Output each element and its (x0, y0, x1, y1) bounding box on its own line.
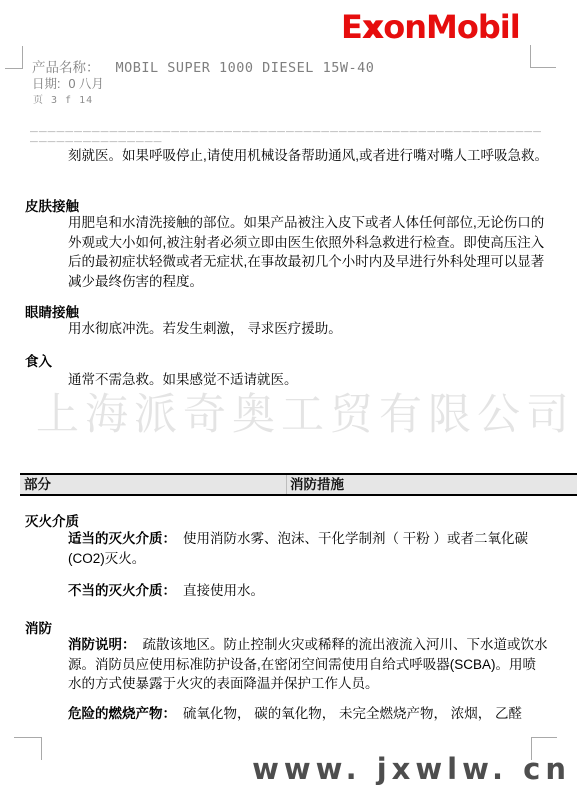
unsuitable-media-paragraph: 不当的灭火介质：直接使用水。 (68, 581, 548, 601)
company-watermark: 上海派奇奥工贸有限公司 (36, 381, 575, 442)
inhalation-continuation-text: 刻就医。如果呼吸停止,请使用机械设备帮助通风,或者进行嘴对嘴人工呼吸急救。 (68, 146, 548, 166)
date-line: 日期:0 八月 (32, 74, 104, 92)
document-page: ExxonMobil 产品名称：MOBIL SUPER 1000 DIESEL … (0, 0, 577, 812)
product-name-line: 产品名称：MOBIL SUPER 1000 DIESEL 15W-40 (32, 56, 374, 76)
skin-contact-text: 用肥皂和水清洗接触的部位。如果产品被注入皮下或者人体任何部位,无论伤口的外观或大… (68, 213, 548, 291)
section-col-label: 部分 (24, 475, 51, 494)
date-label: 日期: (32, 77, 60, 91)
skin-contact-heading: 皮肤接触 (25, 195, 79, 215)
product-name-value: MOBIL SUPER 1000 DIESEL 15W-40 (116, 60, 375, 76)
unsuitable-media-text: 直接使用水。 (183, 583, 264, 598)
section-title-fire-measures: 消防措施 (290, 475, 344, 494)
ingestion-heading: 食入 (25, 350, 52, 370)
fire-instructions-label: 消防说明： (68, 637, 143, 652)
eye-contact-text: 用水彻底冲洗。若发生刺激， 寻求医疗援助。 (68, 319, 548, 339)
exxonmobil-logo: ExxonMobil (341, 8, 520, 46)
section-header-bar: 部分 消防措施 (20, 473, 577, 496)
divider-line-2: _______________ (30, 131, 162, 141)
product-name-label: 产品名称： (32, 60, 100, 75)
unsuitable-media-label: 不当的灭火介质： (68, 583, 183, 598)
suitable-media-paragraph: 适当的灭火介质：使用消防水雾、泡沫、干化学制剂（ 干粉 ）或者二氧化碳(CO2)… (68, 529, 548, 568)
crop-mark-bottom-left (14, 737, 42, 760)
date-value: 0 八月 (68, 77, 103, 91)
fire-instructions-paragraph: 消防说明：疏散该地区。防止控制火灾或稀释的流出液流入河川、下水道或饮水源。消防员… (68, 635, 548, 694)
hazardous-products-paragraph: 危险的燃烧产物：硫氧化物， 碳的氧化物， 未完全燃烧产物， 浓烟， 乙醛 (68, 704, 573, 724)
hazardous-products-text: 硫氧化物， 碳的氧化物， 未完全燃烧产物， 浓烟， 乙醛 (183, 706, 522, 721)
logo-letter-e: E (341, 8, 362, 46)
suitable-media-label: 适当的灭火介质： (68, 531, 183, 546)
crop-mark-top-right (530, 45, 556, 68)
page-number: 页 3 f 14 (33, 91, 93, 106)
logo-rest: onMobil (383, 8, 519, 46)
section-col-divider (286, 475, 287, 494)
website-watermark: www. jxwlw. cn (252, 752, 571, 786)
fire-heading: 消防 (25, 617, 52, 637)
crop-mark-top-left (5, 46, 23, 69)
extinguishing-media-heading: 灭火介质 (25, 510, 79, 530)
logo-letter-x2: x (364, 8, 384, 46)
hazardous-products-label: 危险的燃烧产物： (68, 706, 183, 721)
eye-contact-heading: 眼睛接触 (25, 301, 79, 321)
